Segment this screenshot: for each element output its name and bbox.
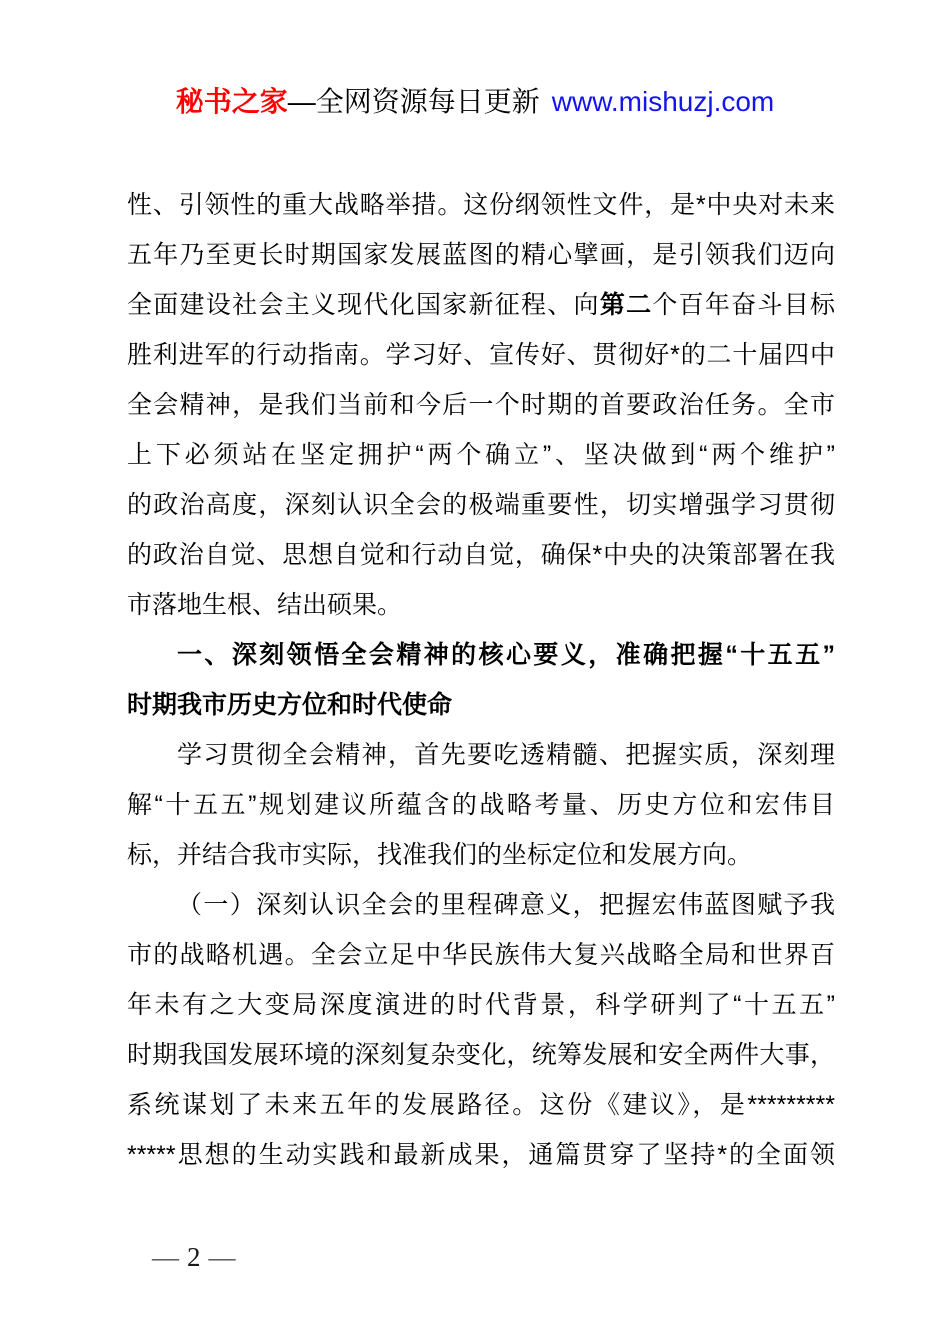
text-line: 解“十五五”规划建议所蕴含的战略考量、历史方位和宏伟目 <box>127 780 835 830</box>
text-segment-bold: 时期我市历史方位和时代使命 <box>127 691 452 719</box>
text-line: 胜利进军的行动指南。学习好、宣传好、贯彻好*的二十届四中 <box>127 330 835 380</box>
text-line: 五年乃至更长时期国家发展蓝图的精心擘画，是引领我们迈向 <box>127 230 835 280</box>
text-line: 的政治高度，深刻认识全会的极端重要性，切实增强学习贯彻 <box>127 480 835 530</box>
text-line: 学习贯彻全会精神，首先要吃透精髓、把握实质，深刻理 <box>127 730 835 780</box>
text-segment: 系统谋划了未来五年的发展路径。这份《建议》，是********* <box>127 1091 835 1119</box>
footer-dash-left: — <box>152 1242 179 1272</box>
text-line: 市的战略机遇。全会立足中华民族伟大复兴战略全局和世界百 <box>127 930 835 980</box>
text-segment: 标，并结合我市实际，找准我们的坐标定位和发展方向。 <box>127 841 752 869</box>
text-segment: 性、引领性的重大战略举措。这份纲领性文件，是*中央对未来 <box>127 191 835 219</box>
site-url-link[interactable]: www.mishuzj.com <box>552 86 774 117</box>
page-footer: —2— <box>152 1237 236 1277</box>
text-segment: 全会精神，是我们当前和今后一个时期的首要政治任务。全市 <box>127 391 835 419</box>
text-segment: 市的战略机遇。全会立足中华民族伟大复兴战略全局和世界百 <box>127 941 835 969</box>
document-body: 性、引领性的重大战略举措。这份纲领性文件，是*中央对未来五年乃至更长时期国家发展… <box>127 180 835 1180</box>
text-line: 标，并结合我市实际，找准我们的坐标定位和发展方向。 <box>127 830 835 880</box>
text-line: 一、深刻领悟全会精神的核心要义，准确把握“十五五” <box>127 630 835 680</box>
document-page: 秘书之家—全网资源每日更新www.mishuzj.com 性、引领性的重大战略举… <box>0 0 950 1344</box>
text-line: 的政治自觉、思想自觉和行动自觉，确保*中央的决策部署在我 <box>127 530 835 580</box>
text-line: 年未有之大变局深度演进的时代背景，科学研判了“十五五” <box>127 980 835 1030</box>
text-segment: 个百年奋斗目标 <box>652 291 835 319</box>
text-line: 时期我市历史方位和时代使命 <box>127 680 835 730</box>
site-header: 秘书之家—全网资源每日更新www.mishuzj.com <box>0 80 950 124</box>
text-line: 全会精神，是我们当前和今后一个时期的首要政治任务。全市 <box>127 380 835 430</box>
page-number: 2 <box>187 1242 201 1272</box>
text-segment: 年未有之大变局深度演进的时代背景，科学研判了“十五五” <box>127 991 835 1019</box>
text-segment: （一）深刻认识全会的里程碑意义，把握宏伟蓝图赋予我 <box>177 891 835 919</box>
text-segment: *****思想的生动实践和最新成果，通篇贯穿了坚持*的全面领 <box>127 1141 835 1169</box>
text-segment: 的政治高度，深刻认识全会的极端重要性，切实增强学习贯彻 <box>127 491 835 519</box>
text-segment: 解“十五五”规划建议所蕴含的战略考量、历史方位和宏伟目 <box>127 791 835 819</box>
text-line: 系统谋划了未来五年的发展路径。这份《建议》，是********* <box>127 1080 835 1130</box>
text-segment: 学习贯彻全会精神，首先要吃透精髓、把握实质，深刻理 <box>177 741 835 769</box>
site-tagline: —全网资源每日更新 <box>288 86 540 117</box>
site-brand: 秘书之家 <box>176 86 288 117</box>
text-line: *****思想的生动实践和最新成果，通篇贯穿了坚持*的全面领 <box>127 1130 835 1180</box>
text-line: 上下必须站在坚定拥护“两个确立”、坚决做到“两个维护” <box>127 430 835 480</box>
text-line: （一）深刻认识全会的里程碑意义，把握宏伟蓝图赋予我 <box>127 880 835 930</box>
text-segment: 时期我国发展环境的深刻复杂变化，统筹发展和安全两件大事， <box>127 1041 835 1069</box>
text-line: 性、引领性的重大战略举措。这份纲领性文件，是*中央对未来 <box>127 180 835 230</box>
text-segment-bold: 一、深刻领悟全会精神的核心要义，准确把握“十五五” <box>177 641 835 669</box>
text-line: 全面建设社会主义现代化国家新征程、向第二个百年奋斗目标 <box>127 280 835 330</box>
text-segment: 全面建设社会主义现代化国家新征程、向 <box>127 291 600 319</box>
text-line: 时期我国发展环境的深刻复杂变化，统筹发展和安全两件大事， <box>127 1030 835 1080</box>
text-segment: 胜利进军的行动指南。学习好、宣传好、贯彻好*的二十届四中 <box>127 341 835 369</box>
text-segment: 上下必须站在坚定拥护“两个确立”、坚决做到“两个维护” <box>127 441 835 469</box>
footer-dash-right: — <box>209 1242 236 1272</box>
text-segment: 市落地生根、结出硕果。 <box>127 591 402 619</box>
text-segment: 五年乃至更长时期国家发展蓝图的精心擘画，是引领我们迈向 <box>127 241 835 269</box>
text-line: 市落地生根、结出硕果。 <box>127 580 835 630</box>
text-segment-bold: 第二 <box>600 291 653 319</box>
text-segment: 的政治自觉、思想自觉和行动自觉，确保*中央的决策部署在我 <box>127 541 835 569</box>
